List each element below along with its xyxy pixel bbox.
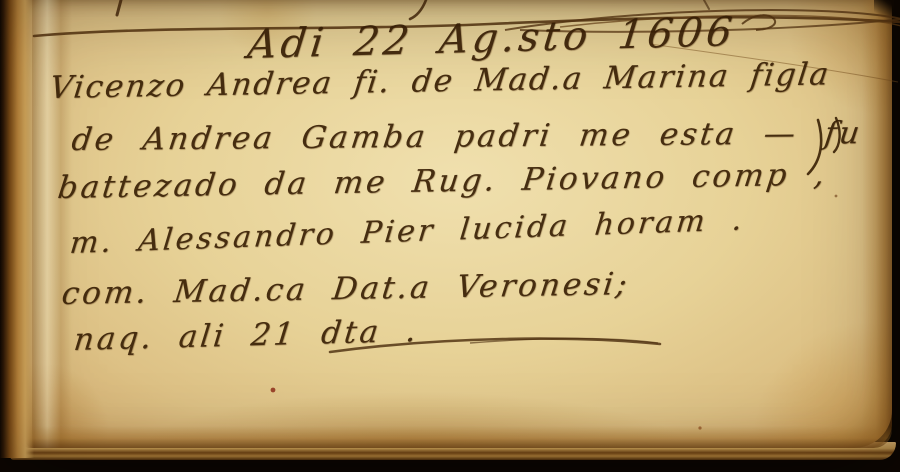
top-right-corner-shadow: [874, 0, 894, 30]
page-crease: [32, 0, 72, 448]
page-bottom-edge: [24, 426, 892, 448]
manuscript-photo: Adi 22 Ag.sto 1606 Vicenzo Andrea fi. de…: [0, 0, 900, 472]
page-right-edge: [862, 0, 892, 448]
entry-line-2: de Andrea Gamba padri me esta — fu: [70, 115, 865, 158]
book-spine-gutter: [0, 0, 34, 458]
